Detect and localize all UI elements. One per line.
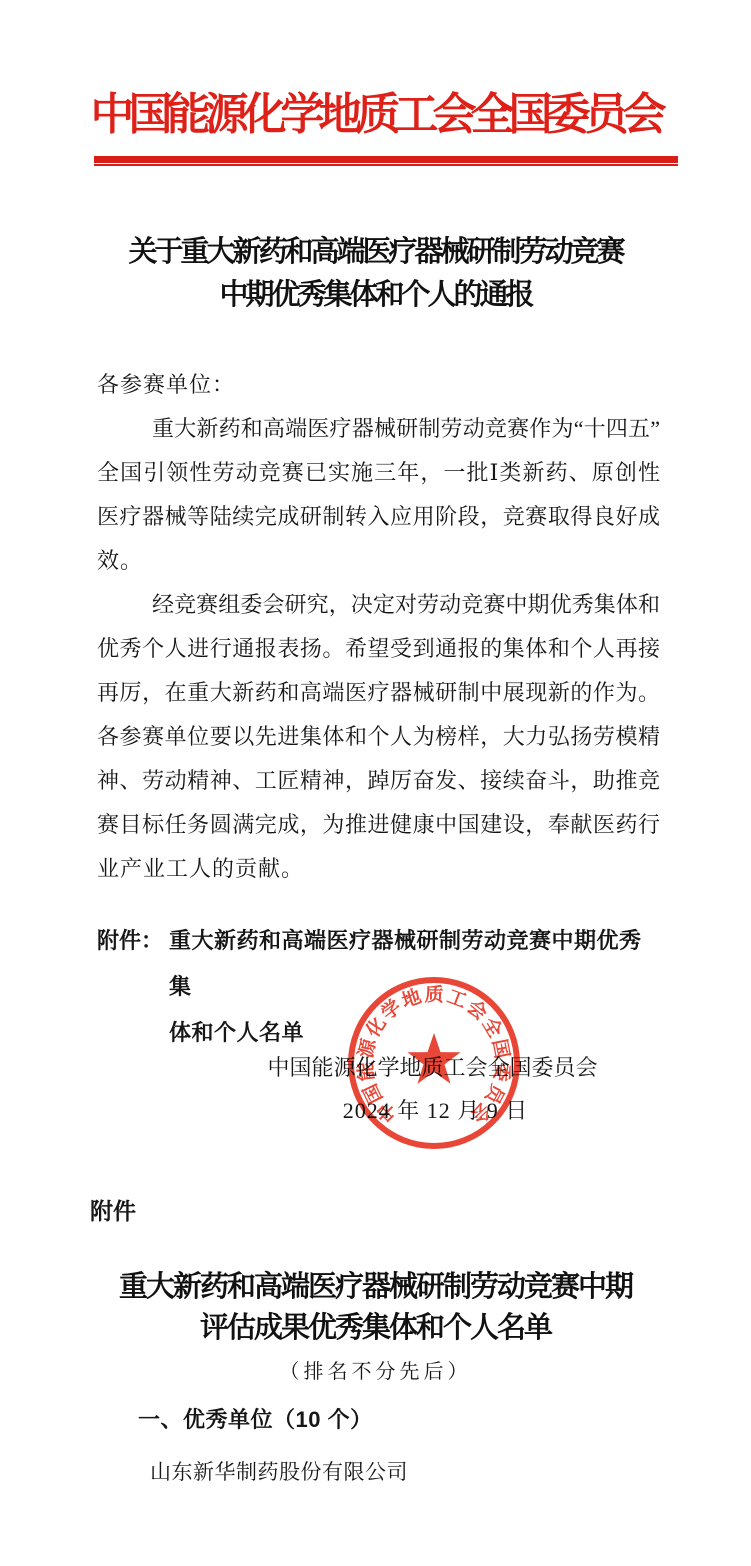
paragraph1-line: 全国引领性劳动竞赛已实施三年，一批Ⅰ类新药、原创性: [97, 451, 660, 495]
appendix-title-line2: 评估成果优秀集体和个人名单: [0, 1308, 751, 1349]
paragraph2-line: 神、劳动精神、工匠精神，踔厉奋发、接续奋斗，助推竞: [97, 759, 660, 803]
document-page: 中国能源化学地质工会全国委员会 关于重大新药和高端医疗器械研制劳动竞赛 中期优秀…: [0, 0, 751, 1566]
letterhead-org-name: 中国能源化学地质工会全国委员会: [0, 78, 751, 142]
appendix-title: 重大新药和高端医疗器械研制劳动竞赛中期 评估成果优秀集体和个人名单: [0, 1267, 751, 1349]
appendix-section1-item: 山东新华制药股份有限公司: [150, 1456, 408, 1486]
paragraph2-line: 赛目标任务圆满完成，为推进健康中国建设，奉献医药行: [97, 803, 660, 847]
letterhead-rule: [94, 156, 678, 166]
appendix-title-line1: 重大新药和高端医疗器械研制劳动竞赛中期: [0, 1267, 751, 1308]
paragraph1-line: 重大新药和高端医疗器械研制劳动竞赛作为“十四五”: [97, 407, 660, 451]
paragraph2-line: 优秀个人进行通报表扬。希望受到通报的集体和个人再接: [97, 627, 660, 671]
seal-star-icon: [407, 1033, 460, 1084]
salutation: 各参赛单位：: [97, 363, 660, 407]
letterhead-rule-thick: [94, 156, 678, 163]
appendix-section1-heading: 一、优秀单位（10 个）: [138, 1403, 373, 1434]
notice-title-line1: 关于重大新药和高端医疗器械研制劳动竞赛: [0, 231, 751, 274]
appendix-subtitle: （排名不分先后）: [0, 1355, 751, 1384]
attachment-label: 附件：: [97, 918, 169, 1056]
notice-title-line2: 中期优秀集体和个人的通报: [0, 274, 751, 317]
notice-title: 关于重大新药和高端医疗器械研制劳动竞赛 中期优秀集体和个人的通报: [0, 231, 751, 317]
notice-body: 各参赛单位： 重大新药和高端医疗器械研制劳动竞赛作为“十四五” 全国引领性劳动竞…: [97, 363, 660, 891]
official-seal: 中国能源化学地质工会全国委员会: [346, 975, 522, 1151]
paragraph2-line: 再厉，在重大新药和高端医疗器械研制中展现新的作为。: [97, 671, 660, 715]
letterhead-rule-thin: [94, 164, 678, 166]
paragraph2-line: 业产业工人的贡献。: [97, 847, 660, 891]
paragraph2-line: 经竞赛组委会研究，决定对劳动竞赛中期优秀集体和: [97, 583, 660, 627]
paragraph1-line: 效。: [97, 539, 660, 583]
appendix-label: 附件: [90, 1193, 136, 1226]
paragraph2-line: 各参赛单位要以先进集体和个人为榜样，大力弘扬劳模精: [97, 715, 660, 759]
paragraph1-line: 医疗器械等陆续完成研制转入应用阶段，竞赛取得良好成: [97, 495, 660, 539]
